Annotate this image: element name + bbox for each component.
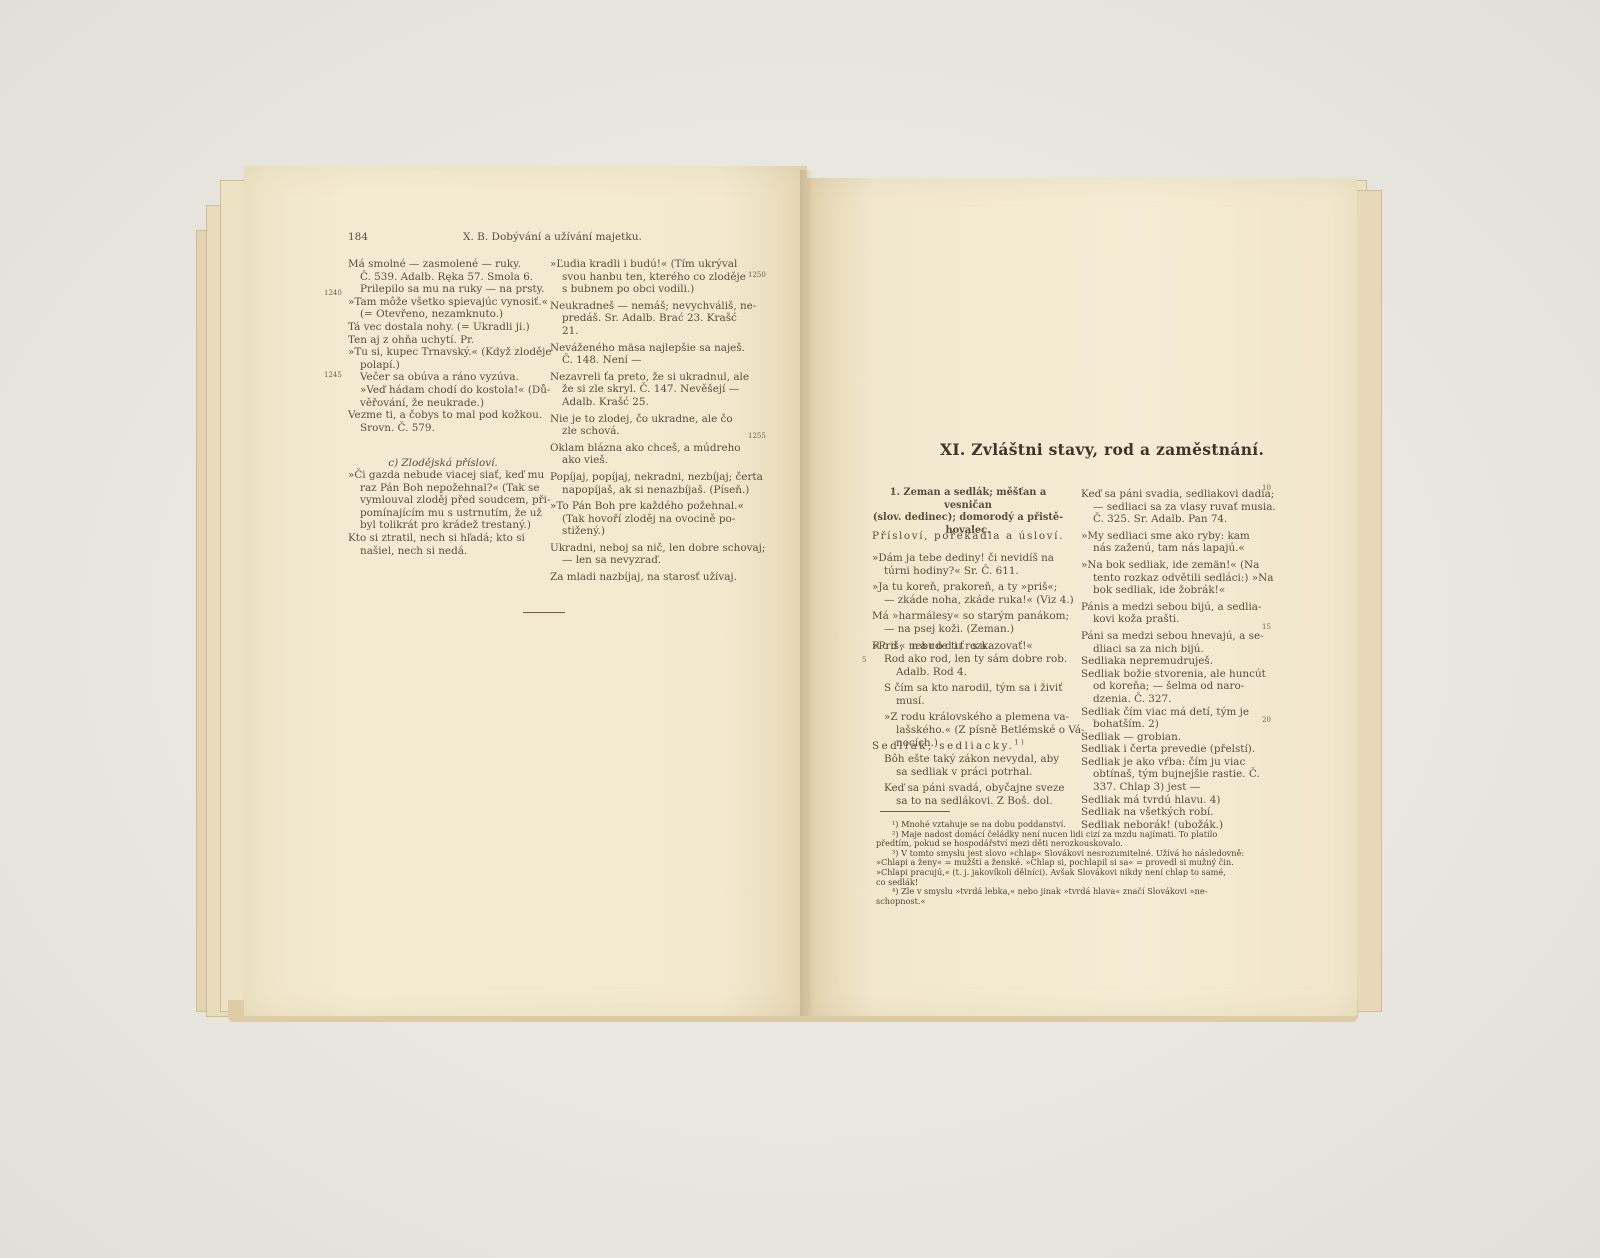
text-line: »Dám ja tebe dediny! či nevidíš na	[872, 552, 1067, 565]
text-line: Prilepilo sa mu na ruky — na prsty.	[348, 283, 538, 296]
text-line: »Či gazda nebude viacej siať, keď mu	[348, 469, 538, 482]
text-line: Páni sa medzi sebou hnevajú, a se-	[1081, 630, 1261, 643]
text-line: »Tam môže všetko spievajúc vynosiť.«	[348, 296, 538, 309]
text-line: raz Pán Boh nepožehnal?« (Tak se	[348, 482, 538, 495]
text-line: že si zle skryl. Č. 147. Nevěšejí —	[550, 383, 745, 396]
line-number: 1255	[748, 432, 766, 440]
text-line: S čím sa kto narodil, tým sa i živiť	[884, 682, 1074, 695]
text-line: Ten aj z ohňa uchytí. Pr.	[348, 334, 538, 347]
text-line: — len sa nevyzraď.	[550, 554, 745, 567]
sedliak-proverbs: Bôh ešte taký zákon nevydal, abysa sedli…	[884, 753, 1074, 807]
text-line: Má smolné — zasmolené — ruky.	[348, 258, 538, 271]
text-line: sa sedliak v práci potrhal.	[884, 766, 1074, 779]
text-line: Popíjaj, popíjaj, nekradni, nezbíjaj; če…	[550, 471, 745, 484]
text-line: túrni hodiny?« Sr. Č. 611.	[872, 565, 1067, 578]
chapter-title: XI. Zvláštni stavy, rod a zaměstnání.	[940, 440, 1264, 459]
footnote-rule	[880, 811, 950, 812]
text-line: »My sedliaci sme ako ryby: kam	[1081, 530, 1261, 543]
text-line: Neukradneš — nemáš; nevychváliš, ne-	[550, 300, 745, 313]
text-line: Sedliak — grobian.	[1081, 731, 1261, 744]
text-line: — na psej koži. (Zeman.)	[872, 623, 1067, 636]
text-line: »Veď hádam chodí do kostola!« (Dů-	[348, 384, 538, 397]
text-line: sa to na sedlákovi. Z Boš. dol.	[884, 795, 1074, 808]
line-number: 15	[1262, 623, 1271, 631]
text-line: Pánis a medzi sebou bijú, a sedlia-	[1081, 601, 1261, 614]
text-line: obtínaš, tým bujnejšie rastie. Č.	[1081, 768, 1261, 781]
line-number: 20	[1262, 716, 1271, 724]
text-line: Má »harmálesy« so starým panákom;	[872, 610, 1067, 623]
sedliak-heading-text: Sedliak, sedliacky.	[872, 740, 1014, 752]
text-line: napopíjaš, ak si nenazbíjaš. (Píseň.)	[550, 484, 745, 497]
text-line: bok sedliak, ide žobrák!«	[1081, 584, 1261, 597]
text-line: Ukradni, neboj sa nič, len dobre schovaj…	[550, 542, 745, 555]
text-line: »Tu si, kupec Trnavský.« (Když zloděje	[348, 346, 538, 359]
section-heading-line: (slov. dedinec); domorodý a přistě-	[872, 512, 1064, 525]
text-line: Vezme ti, a čobys to mal pod kožkou.	[348, 409, 538, 422]
text-line: s bubnem po obci vodili.)	[550, 283, 745, 296]
text-line: Sedliak na všetkých robí.	[1081, 806, 1261, 819]
left-page-column-2: »Ľudia kradli i budú!« (Tím ukrývalsvou …	[550, 258, 745, 584]
text-line: 337. Chlap 3) jest —	[1081, 781, 1261, 794]
text-line: bohatším. 2)	[1081, 718, 1261, 731]
open-book: 184 X. B. Dobývání a užívání majetku. Má…	[0, 0, 1600, 1258]
line-number: 1240	[324, 289, 342, 297]
left-page-column-1b: »Či gazda nebude viacej siať, keď muraz …	[348, 469, 538, 557]
text-line: Keď sa páni svadá, obyčajne sveze	[884, 782, 1074, 795]
text-line: Č. 325. Sr. Adalb. Pan 74.	[1081, 513, 1261, 526]
text-line: Sedliak i čerta prevedie (přelstí).	[1081, 743, 1261, 756]
text-line: polapí.)	[348, 359, 538, 372]
text-line: ako vieš.	[550, 454, 745, 467]
text-line: od koreňa; — šelma od naro-	[1081, 680, 1261, 693]
text-line: — sedliaci sa za vlasy ruvať musia.	[1081, 501, 1261, 514]
line-number: 1245	[324, 371, 342, 379]
text-line: Bôh ešte taký zákon nevydal, aby	[884, 753, 1074, 766]
text-line: »Z rodu královského a plemena va-	[884, 711, 1074, 724]
text-line: nás zaženú, tam nás lapajú.«	[1081, 542, 1261, 555]
text-line: Sedliak je ako vŕba: čím ju viac	[1081, 756, 1261, 769]
rod-heading: Rod, narodiť sa.	[872, 640, 994, 653]
text-line: dzenia. Č. 327.	[1081, 693, 1261, 706]
text-line: pomínajícím mu s ustrnutím, že už	[348, 507, 538, 520]
footnote-line: schopnost.«	[876, 897, 1266, 907]
text-line: kovi koža prašti.	[1081, 613, 1261, 626]
text-line: Adalb. Rod 4.	[884, 666, 1074, 679]
text-line: Večer sa obúva a ráno vyzúva.	[348, 371, 538, 384]
text-line: (= Otevřeno, nezamknuto.)	[348, 308, 538, 321]
text-line: Rod ako rod, len ty sám dobre rob.	[884, 653, 1074, 666]
text-line: »Na bok sedliak, ide zemän!« (Na	[1081, 559, 1261, 572]
footnote-marker: 1)	[1014, 739, 1026, 747]
text-line: — zkáde noha, zkáde ruka!« (Viz 4.)	[872, 594, 1067, 607]
right-page-column-2: Keď sa páni svadia, sedliakovi dadia;— s…	[1081, 488, 1261, 831]
text-line: Č. 539. Adalb. Ręka 57. Smola 6.	[348, 271, 538, 284]
footnote-line: ⁴) Zle v smyslu »tvrdá lebka,« nebo jina…	[876, 887, 1266, 897]
book-gutter	[800, 170, 814, 1016]
text-line: Sedliak čím viac má detí, tým je	[1081, 706, 1261, 719]
line-number: 1250	[748, 271, 766, 279]
text-line: »Ja tu koreň, prakoreň, a ty »priš«;	[872, 581, 1067, 594]
text-line: svou hanbu ten, kterého co zloděje	[550, 271, 745, 284]
text-line: byl tolikrát pro krádež trestaný.)	[348, 519, 538, 532]
footnotes: ¹) Mnohé vztahuje se na dobu poddanství.…	[876, 820, 1266, 906]
right-page-column-1: »Dám ja tebe dediny! či nevidíš natúrni …	[872, 552, 1067, 652]
line-number: 10	[1262, 484, 1271, 492]
section-heading-line: 1. Zeman a sedlák; měšťan a vesničan	[872, 487, 1064, 512]
text-line: vymlouval zloděj před soudcem, při-	[348, 494, 538, 507]
text-line: Oklam blázna ako chceš, a múdreho	[550, 442, 745, 455]
text-line: Sedliak má tvrdú hlavu. 4)	[1081, 794, 1261, 807]
text-line: (Tak hovoří zloděj na ovocině po-	[550, 513, 745, 526]
text-line: Č. 148. Není —	[550, 354, 745, 367]
text-line: Nezavreli ťa preto, že si ukradnul, ale	[550, 371, 745, 384]
text-line: našiel, nech si nedá.	[348, 545, 538, 558]
line-number: 5	[862, 656, 866, 664]
text-line: Adalb. Krašć 25.	[550, 396, 745, 409]
end-rule	[523, 612, 565, 613]
sedliak-heading: Sedliak, sedliacky.1)	[872, 740, 1026, 753]
text-line: predáš. Sr. Adalb. Brać 23. Krašć	[550, 312, 745, 325]
text-line: lašského.« (Z písně Betlémské o Vá-	[884, 724, 1074, 737]
left-page-column-1: Má smolné — zasmolené — ruky.Č. 539. Ada…	[348, 258, 538, 434]
section-subheading: c) Zlodějská přísloví.	[348, 457, 538, 470]
text-line: Srovn. Č. 579.	[348, 422, 538, 435]
text-line: věřování, že neukrade.)	[348, 397, 538, 410]
text-line: stižený.)	[550, 525, 745, 538]
text-line: zle schová.	[550, 425, 745, 438]
text-line: 21.	[550, 325, 745, 338]
text-line: tento rozkaz odvětili sedláci:) »Na	[1081, 572, 1261, 585]
text-line: Neváženého mäsa najlepšie sa naješ.	[550, 342, 745, 355]
text-line: Nie je to zlodej, čo ukradne, ale čo	[550, 413, 745, 426]
text-line: Sedliak božie stvorenia, ale huncút	[1081, 668, 1261, 681]
rod-proverbs: Rod ako rod, len ty sám dobre rob.Adalb.…	[884, 653, 1074, 749]
text-line: musí.	[884, 695, 1074, 708]
text-line: Sedliaka nepremudruješ.	[1081, 655, 1261, 668]
text-line: Keď sa páni svadia, sedliakovi dadia;	[1081, 488, 1261, 501]
proverbs-subheading: Přísloví, pořekadla a úsloví.	[872, 530, 1064, 543]
text-line: »Ľudia kradli i budú!« (Tím ukrýval	[550, 258, 745, 271]
footnote-line: »Chlapi pracujú,« (t. j. jakovíkoli děln…	[876, 868, 1266, 878]
text-line: Tá vec dostala nohy. (= Ukradli ji.)	[348, 321, 538, 334]
text-line: dliaci sa za nich bijú.	[1081, 643, 1261, 656]
page-number: 184	[348, 231, 368, 244]
text-line: Za mladi nazbíjaj, na starosť užívaj.	[550, 571, 745, 584]
text-line: »To Pán Boh pre každého požehnal.«	[550, 500, 745, 513]
running-head: X. B. Dobývání a užívání majetku.	[463, 231, 642, 244]
text-line: Kto si ztratil, nech si hľadá; kto si	[348, 532, 538, 545]
